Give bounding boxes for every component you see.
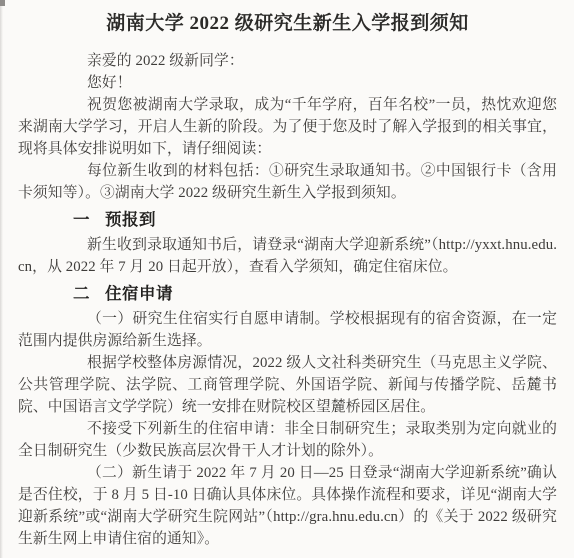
section-1-title: 预报到 bbox=[105, 211, 156, 229]
section-1-paragraph-1: 新生收到录取通知书后，请登录“湖南大学迎新系统”（http://yxxt.hnu… bbox=[18, 234, 557, 278]
scan-edge-shading bbox=[0, 0, 3, 558]
section-2-paragraph-1: （一）研究生住宿实行自愿申请制。学校根据现有的宿舍资源，在一定范围内提供房源给新… bbox=[18, 308, 557, 352]
document-page: 湖南大学 2022 级研究生新生入学报到须知 亲爱的 2022 级新同学： 您好… bbox=[0, 0, 574, 558]
materials-paragraph: 每位新生收到的材料包括：①研究生录取通知书。②中国银行卡（含用卡须知等）。③湖南… bbox=[18, 160, 557, 204]
section-1-heading: 一预报到 bbox=[18, 208, 557, 232]
salutation-line: 亲爱的 2022 级新同学： bbox=[18, 50, 557, 72]
section-2-paragraph-4: （二）新生请于 2022 年 7 月 20 日—25 日登录“湖南大学迎新系统”… bbox=[18, 462, 557, 550]
section-1-number: 一 bbox=[73, 211, 90, 229]
section-2-number: 二 bbox=[73, 285, 90, 303]
scan-artifact bbox=[0, 0, 5, 6]
document-title: 湖南大学 2022 级研究生新生入学报到须知 bbox=[18, 11, 557, 37]
section-2-heading: 二住宿申请 bbox=[18, 282, 557, 306]
greeting-line: 您好！ bbox=[18, 72, 557, 94]
section-2-paragraph-2: 根据学校整体房源情况，2022 级人文社科类研究生（马克思主义学院、公共管理学院… bbox=[18, 352, 557, 418]
congrats-paragraph: 祝贺您被湖南大学录取，成为“千年学府，百年名校”一员，热忱欢迎您来湖南大学学习，… bbox=[18, 94, 557, 160]
section-2-title: 住宿申请 bbox=[105, 285, 173, 303]
section-2-paragraph-3: 不接受下列新生的住宿申请：非全日制研究生；录取类别为定向就业的全日制研究生（少数… bbox=[18, 418, 557, 462]
